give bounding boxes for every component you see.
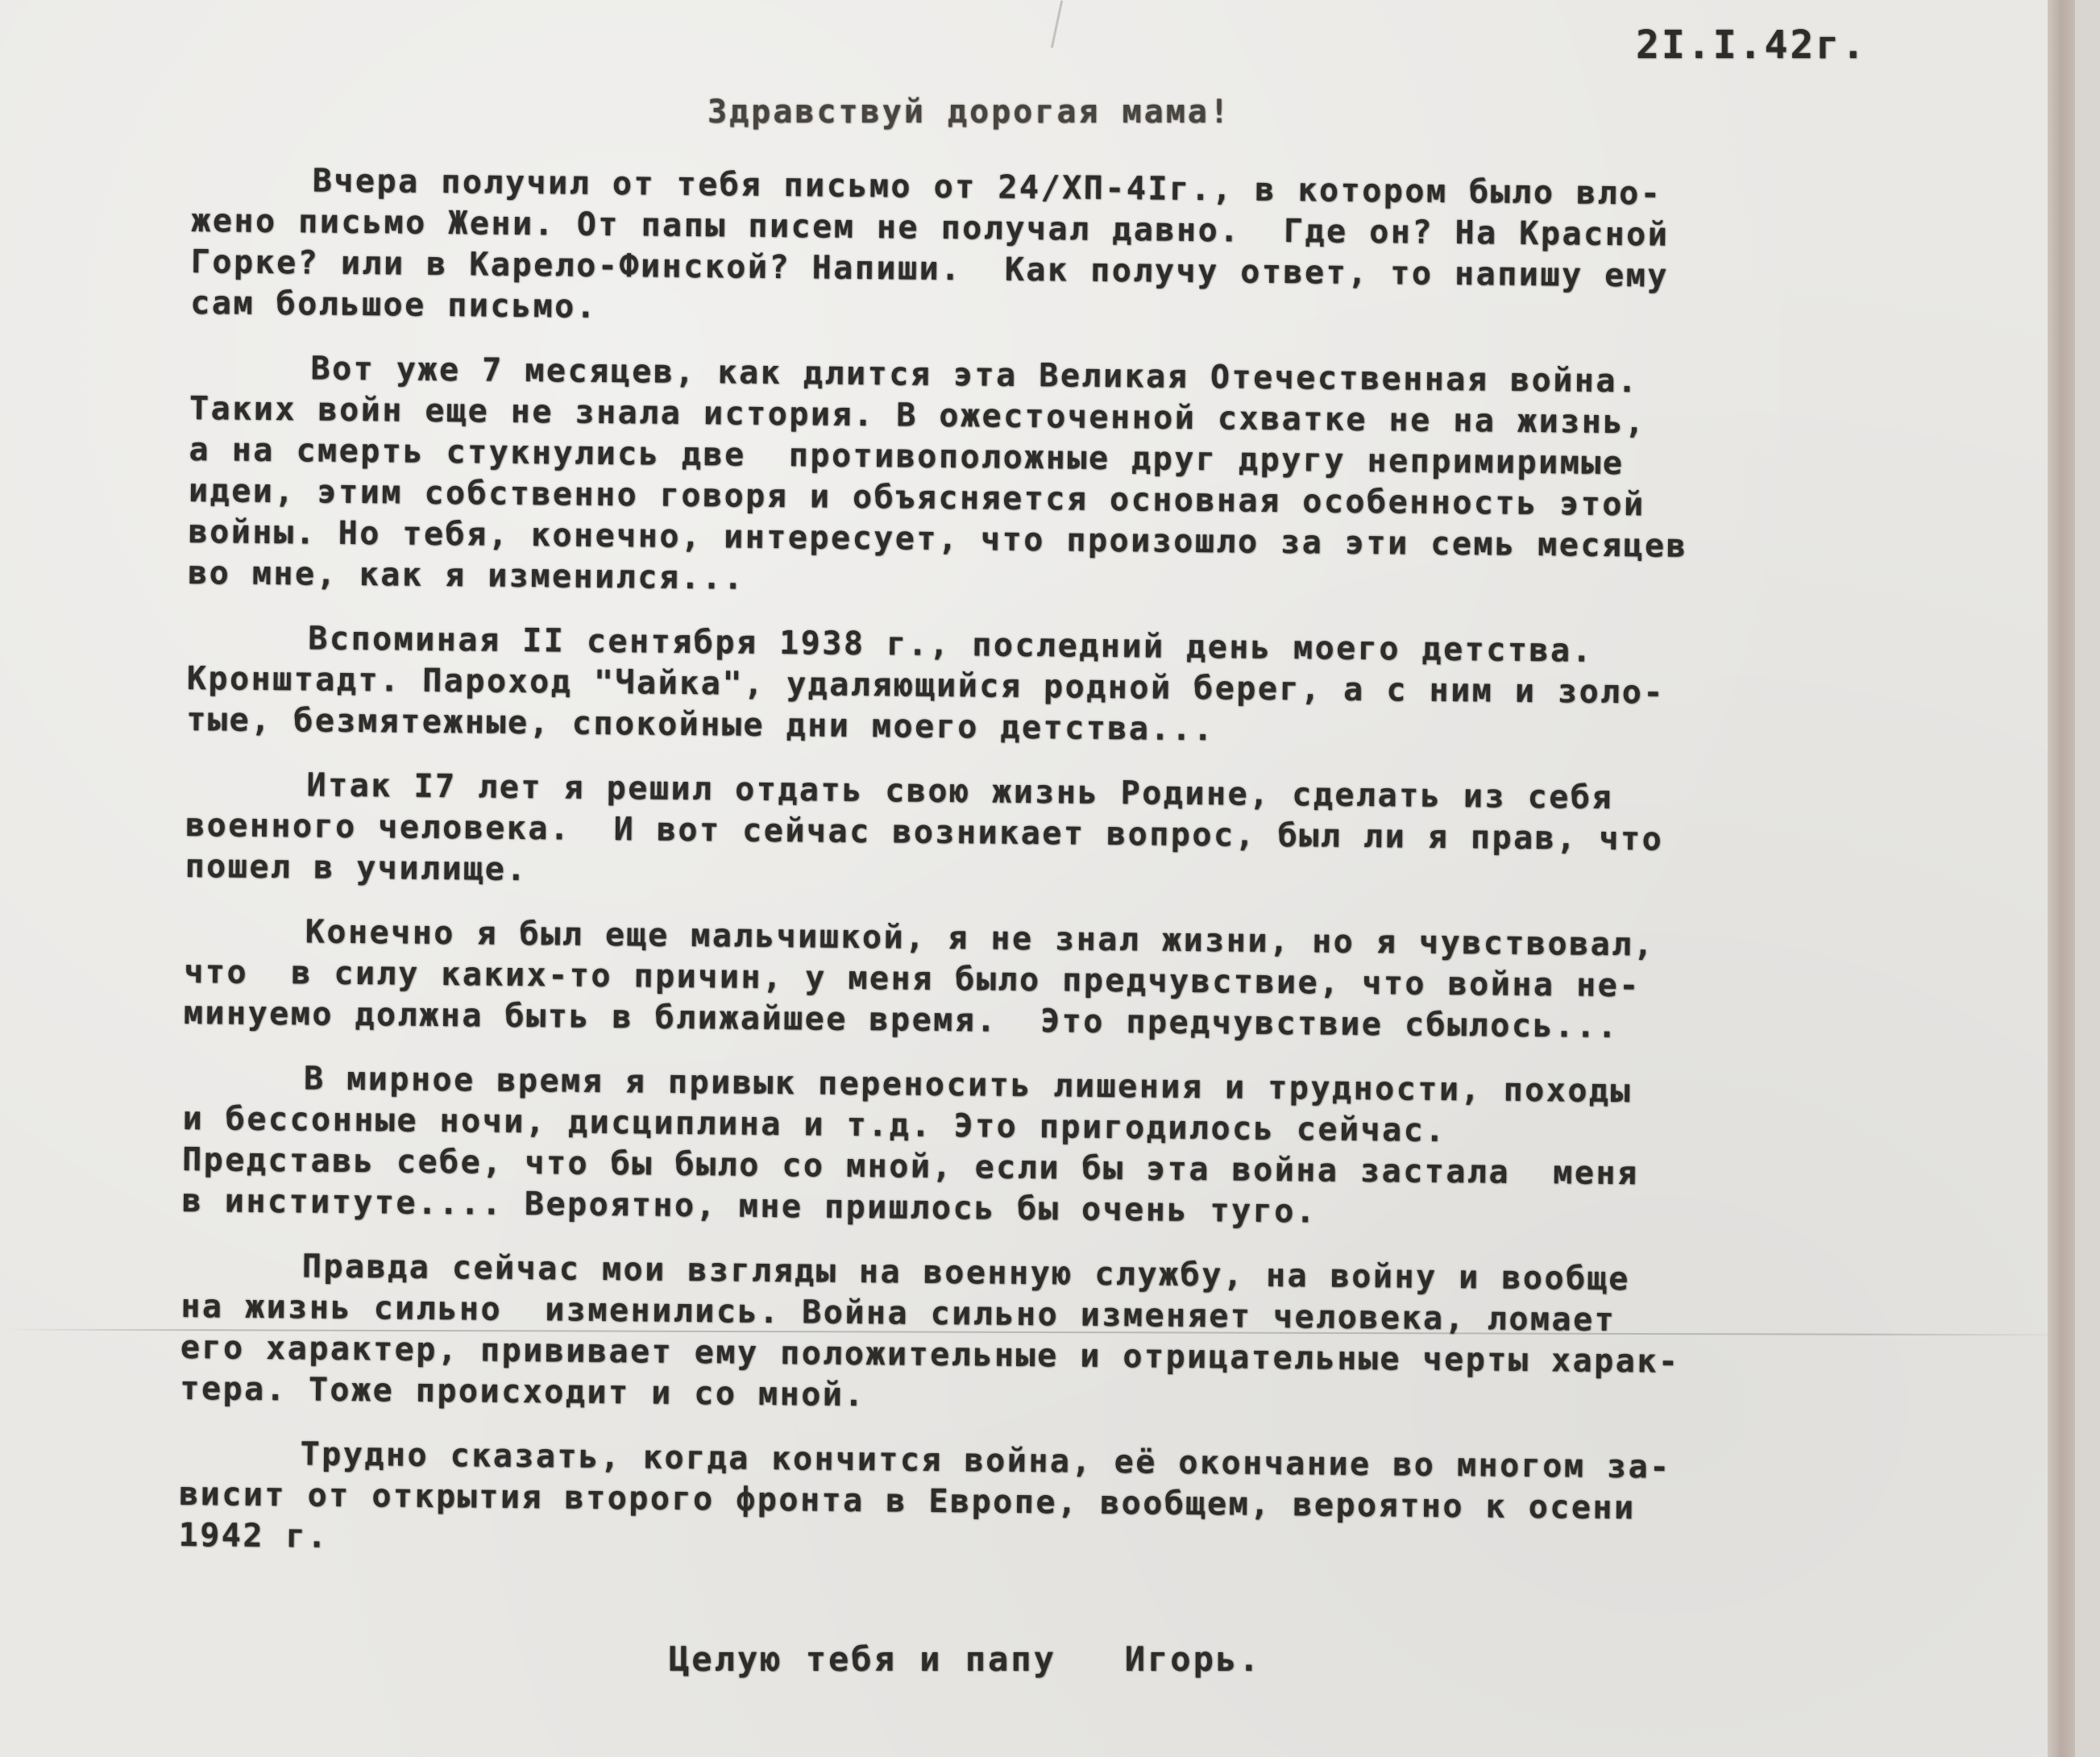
letter-date: 2I.I.42г.: [1636, 23, 1867, 68]
paper-edge: [2048, 0, 2075, 1757]
paragraph: Вот уже 7 месяцев, как длится эта Велика…: [188, 347, 2044, 612]
paragraph: Итак I7 лет я решил отдать свою жизнь Ро…: [185, 764, 2039, 905]
paragraph: Вспоминая II сентября 1938 г., последний…: [186, 617, 2040, 758]
letter-closing-signature: Целую тебя и папу Игорь.: [669, 1639, 1261, 1679]
paper-crease: [1051, 0, 1063, 48]
paragraph: Конечно я был еще мальчишкой, я не знал …: [184, 911, 2038, 1052]
letter-page: 2I.I.42г. Здравствуй дорогая мама! Вчера…: [0, 0, 2075, 1757]
letter-body: Вчера получил от тебя письмо от 24/XП-4I…: [178, 160, 2045, 1597]
paragraph: В мирное время я привык переносить лишен…: [181, 1057, 2036, 1240]
paragraph: Трудно сказать, когда кончится война, её…: [178, 1433, 2032, 1574]
letter-greeting: Здравствуй дорогая мама!: [708, 93, 1231, 131]
paragraph: Правда сейчас мои взгляды на военную слу…: [180, 1245, 2035, 1427]
paragraph: Вчера получил от тебя письмо от 24/XП-4I…: [190, 160, 2045, 342]
